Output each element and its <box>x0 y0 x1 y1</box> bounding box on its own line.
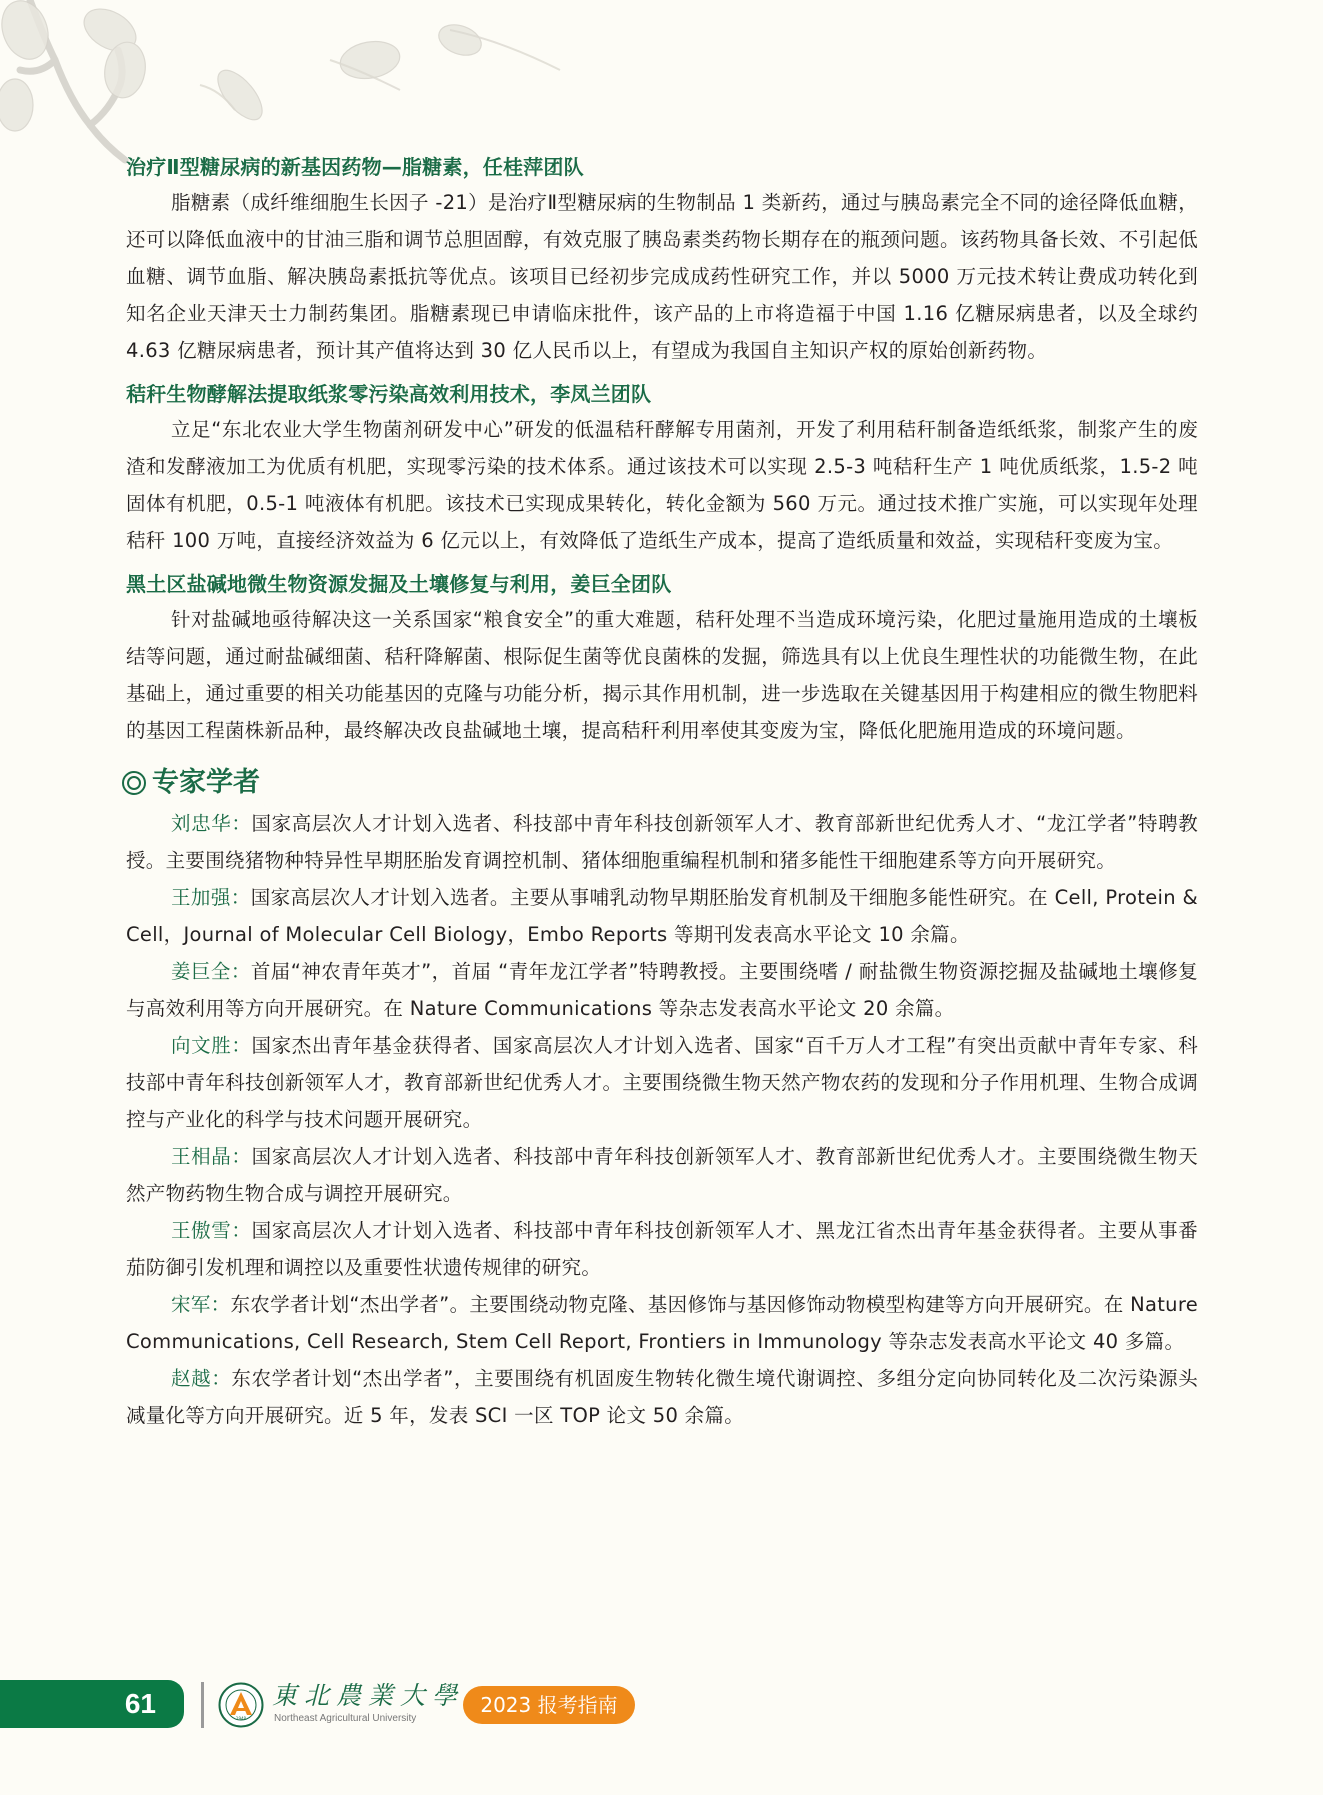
expert-entry: 宋军：东农学者计划“杰出学者”。主要围绕动物克隆、基因修饰与基因修饰动物模型构建… <box>126 1286 1198 1360</box>
research-section: 黑土区盐碱地微生物资源发掘及土壤修复与利用，姜巨全团队 针对盐碱地亟待解决这一关… <box>126 569 1198 749</box>
expert-desc: 国家高层次人才计划入选者、科技部中青年科技创新领军人才、教育部新世纪优秀人才。主… <box>126 1145 1198 1205</box>
expert-entry: 王相晶：国家高层次人才计划入选者、科技部中青年科技创新领军人才、教育部新世纪优秀… <box>126 1138 1198 1212</box>
section-title: 治疗Ⅱ型糖尿病的新基因药物—脂糖素，任桂萍团队 <box>126 152 1198 182</box>
expert-desc: 国家高层次人才计划入选者、科技部中青年科技创新领军人才、黑龙江省杰出青年基金获得… <box>126 1219 1198 1279</box>
page-number: 61 <box>0 1680 184 1728</box>
university-name-en: Northeast Agricultural University <box>274 1713 416 1725</box>
experts-heading-label: 专家学者 <box>152 763 260 803</box>
footer-divider <box>201 1682 204 1728</box>
section-body: 立足“东北农业大学生物菌剂研发中心”研发的低温秸秆酵解专用菌剂，开发了利用秸秆制… <box>126 411 1198 559</box>
section-title: 秸秆生物酵解法提取纸浆零污染高效利用技术，李凤兰团队 <box>126 379 1198 409</box>
expert-name: 赵越： <box>171 1367 231 1390</box>
expert-entry: 刘忠华：国家高层次人才计划入选者、科技部中青年科技创新领军人才、教育部新世纪优秀… <box>126 805 1198 879</box>
expert-entry: 向文胜：国家杰出青年基金获得者、国家高层次人才计划入选者、国家“百千万人才工程”… <box>126 1027 1198 1138</box>
guide-badge: 2023 报考指南 <box>463 1686 635 1724</box>
expert-name: 宋军： <box>171 1293 230 1316</box>
expert-name: 王傲雪： <box>171 1219 252 1242</box>
research-section: 治疗Ⅱ型糖尿病的新基因药物—脂糖素，任桂萍团队 脂糖素（成纤维细胞生长因子 -2… <box>126 152 1198 369</box>
page-footer: 61 1948 東北農業大學 Northeast Agricultural Un… <box>0 1680 700 1728</box>
expert-desc: 东农学者计划“杰出学者”，主要围绕有机固废生物转化微生境代谢调控、多组分定向协同… <box>126 1367 1198 1427</box>
section-body: 针对盐碱地亟待解决这一关系国家“粮食安全”的重大难题，秸秆处理不当造成环境污染，… <box>126 601 1198 749</box>
expert-desc: 国家杰出青年基金获得者、国家高层次人才计划入选者、国家“百千万人才工程”有突出贡… <box>126 1034 1198 1131</box>
expert-desc: 国家高层次人才计划入选者。主要从事哺乳动物早期胚胎发育机制及干细胞多能性研究。在… <box>126 886 1198 946</box>
university-logo-icon: 1948 <box>218 1682 264 1728</box>
university-name-cn: 東北農業大學 <box>272 1680 464 1712</box>
expert-desc: 东农学者计划“杰出学者”。主要围绕动物克隆、基因修饰与基因修饰动物模型构建等方向… <box>126 1293 1198 1353</box>
double-circle-icon <box>122 771 146 795</box>
experts-heading: 专家学者 <box>122 763 1198 803</box>
expert-entry: 赵越：东农学者计划“杰出学者”，主要围绕有机固废生物转化微生境代谢调控、多组分定… <box>126 1360 1198 1434</box>
expert-name: 王相晶： <box>171 1145 252 1168</box>
section-body: 脂糖素（成纤维细胞生长因子 -21）是治疗Ⅱ型糖尿病的生物制品 1 类新药，通过… <box>126 184 1198 369</box>
research-section: 秸秆生物酵解法提取纸浆零污染高效利用技术，李凤兰团队 立足“东北农业大学生物菌剂… <box>126 379 1198 559</box>
expert-entry: 姜巨全：首届“神农青年英才”，首届 “青年龙江学者”特聘教授。主要围绕嗜 / 耐… <box>126 953 1198 1027</box>
page-content: 治疗Ⅱ型糖尿病的新基因药物—脂糖素，任桂萍团队 脂糖素（成纤维细胞生长因子 -2… <box>126 152 1198 1434</box>
expert-name: 王加强： <box>171 886 251 909</box>
experts-list: 刘忠华：国家高层次人才计划入选者、科技部中青年科技创新领军人才、教育部新世纪优秀… <box>126 805 1198 1434</box>
expert-name: 向文胜： <box>171 1034 251 1057</box>
section-title: 黑土区盐碱地微生物资源发掘及土壤修复与利用，姜巨全团队 <box>126 569 1198 599</box>
expert-entry: 王加强：国家高层次人才计划入选者。主要从事哺乳动物早期胚胎发育机制及干细胞多能性… <box>126 879 1198 953</box>
expert-name: 姜巨全： <box>171 960 251 983</box>
expert-entry: 王傲雪：国家高层次人才计划入选者、科技部中青年科技创新领军人才、黑龙江省杰出青年… <box>126 1212 1198 1286</box>
expert-desc: 国家高层次人才计划入选者、科技部中青年科技创新领军人才、教育部新世纪优秀人才、“… <box>126 812 1198 872</box>
svg-text:1948: 1948 <box>236 1716 247 1721</box>
expert-name: 刘忠华： <box>171 812 251 835</box>
expert-desc: 首届“神农青年英才”，首届 “青年龙江学者”特聘教授。主要围绕嗜 / 耐盐微生物… <box>126 960 1198 1020</box>
